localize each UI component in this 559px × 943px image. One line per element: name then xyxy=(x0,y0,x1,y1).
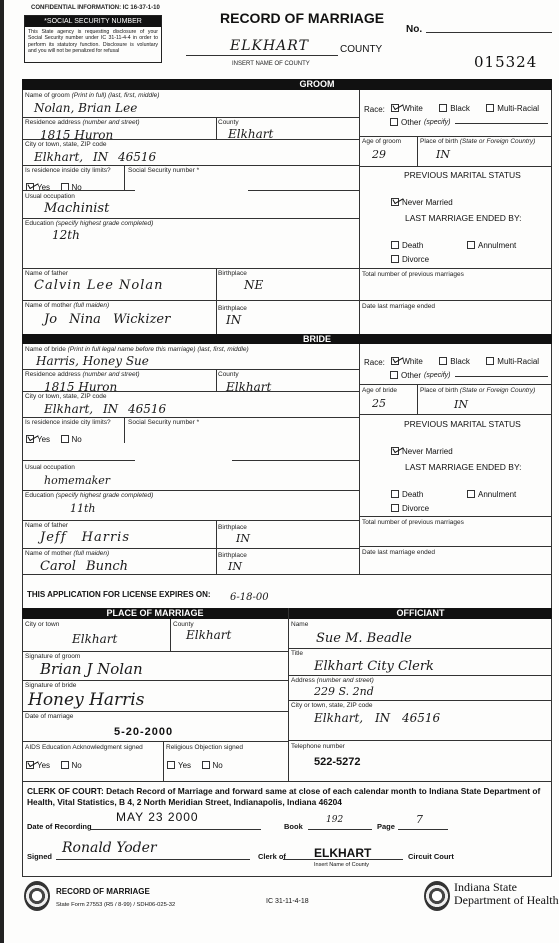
bride-mother-birthplace-field[interactable]: IN xyxy=(228,560,242,573)
divider xyxy=(22,741,288,742)
divider xyxy=(163,741,164,781)
divider xyxy=(359,414,552,415)
religious-objection-no[interactable]: No xyxy=(202,761,223,770)
groom-last-ended-title: LAST MARRIAGE ENDED BY: xyxy=(405,213,522,223)
aids-ack-yes[interactable]: Yes xyxy=(26,761,50,770)
groom-mother-birthplace-label: Birthplace xyxy=(218,305,247,312)
groom-father-field[interactable]: Calvin Lee Nolan xyxy=(34,278,164,293)
divider xyxy=(22,711,288,712)
bride-birthplace-field[interactable]: IN xyxy=(454,398,468,411)
officiant-phone-label: Telephone number xyxy=(291,743,345,750)
groom-mother-birthplace-field[interactable]: IN xyxy=(226,313,241,327)
number-field[interactable] xyxy=(426,32,552,33)
bride-last-ended-title: LAST MARRIAGE ENDED BY: xyxy=(405,462,522,472)
bride-father-label: Name of father xyxy=(25,522,68,529)
health-dept-seal-icon xyxy=(424,881,450,911)
divider xyxy=(359,546,552,547)
divider xyxy=(22,117,359,118)
checkbox-icon xyxy=(61,435,69,443)
groom-mother-label: Name of mother (full maiden) xyxy=(25,302,109,309)
groom-occupation-field[interactable]: Machinist xyxy=(44,201,109,216)
divider xyxy=(124,417,125,443)
underline xyxy=(398,829,448,830)
groom-name-field[interactable]: Nolan, Brian Lee xyxy=(34,101,137,115)
groom-father-birthplace-label: Birthplace xyxy=(218,270,247,277)
divider xyxy=(288,700,552,701)
officiant-name-label: Name xyxy=(291,621,308,628)
bride-marital-status-title: PREVIOUS MARITAL STATUS xyxy=(404,419,521,429)
groom-section-header: GROOM xyxy=(22,79,552,90)
bride-county-label: County xyxy=(218,371,239,378)
groom-ended-divorce[interactable]: Divorce xyxy=(391,250,429,268)
divider xyxy=(22,417,359,418)
aids-ack-label: AIDS Education Acknowledgment signed xyxy=(25,744,143,751)
county-label: COUNTY xyxy=(340,44,382,55)
bride-name-field[interactable]: Harris, Honey Sue xyxy=(36,354,149,368)
checkbox-icon xyxy=(486,357,494,365)
book-label: Book xyxy=(284,822,303,831)
divider xyxy=(22,268,359,269)
bride-occupation-label: Usual occupation xyxy=(25,464,75,471)
checkbox-icon xyxy=(61,761,69,769)
bride-name-label: Name of bride (Print in full legal name … xyxy=(25,346,249,353)
bride-father-birthplace-label: Birthplace xyxy=(218,524,247,531)
divider xyxy=(288,740,552,741)
checkbox-icon xyxy=(202,761,210,769)
checkbox-checked-icon xyxy=(391,357,399,365)
bride-inside-city-yes[interactable]: Yes xyxy=(26,435,50,444)
officiant-title-field[interactable]: Elkhart City Clerk xyxy=(314,659,434,674)
groom-race-white[interactable]: White xyxy=(391,104,422,113)
divider xyxy=(417,384,418,414)
groom-age-field[interactable]: 29 xyxy=(372,148,386,161)
checkbox-icon xyxy=(167,761,175,769)
bride-signature-label: Signature of bride xyxy=(25,682,76,689)
page-field[interactable]: 7 xyxy=(416,813,423,826)
divider xyxy=(216,117,217,139)
divider xyxy=(22,165,359,166)
clerk-signature-field[interactable]: Ronald Yoder xyxy=(62,840,157,856)
bride-race-white[interactable]: White xyxy=(391,357,422,366)
officiant-header: OFFICIANT xyxy=(289,608,552,619)
dept-name-line2: Department of Health xyxy=(454,894,559,907)
ssn-notice-box: *SOCIAL SECURITY NUMBER This State agenc… xyxy=(24,15,162,63)
groom-section-title: GROOM xyxy=(300,79,335,89)
officiant-city-field[interactable]: Elkhart, IN 46516 xyxy=(314,711,440,725)
bride-city-label: City or town, state, ZIP code xyxy=(25,393,107,400)
divider xyxy=(22,548,359,549)
groom-occupation-label: Usual occupation xyxy=(25,193,75,200)
record-number: 015324 xyxy=(474,53,537,71)
groom-inside-city-label: Is residence inside city limits? xyxy=(25,167,111,174)
divider xyxy=(216,369,217,391)
number-label: No. xyxy=(406,24,422,35)
scan-edge xyxy=(0,0,4,943)
groom-race-other-field[interactable] xyxy=(455,123,548,124)
divider xyxy=(216,520,217,574)
groom-address-label: Residence address (number and street) xyxy=(25,119,140,126)
groom-race-multiracial[interactable]: Multi-Racial xyxy=(486,104,539,113)
bride-ended-divorce[interactable]: Divorce xyxy=(391,499,429,517)
checkbox-icon xyxy=(391,490,399,498)
divider xyxy=(22,218,359,219)
bride-ssn-label: Social Security number * xyxy=(128,419,199,426)
groom-ssn-label: Social Security number * xyxy=(128,167,199,174)
groom-signature-label: Signature of groom xyxy=(25,653,80,660)
place-city-field[interactable]: Elkhart xyxy=(72,632,117,646)
divider xyxy=(359,166,552,167)
checkbox-icon xyxy=(439,104,447,112)
divider xyxy=(359,268,552,269)
divider xyxy=(22,781,552,782)
bride-race-multiracial[interactable]: Multi-Racial xyxy=(486,357,539,366)
groom-age-label: Age of groom xyxy=(362,138,401,145)
bride-mother-field[interactable]: Carol Bunch xyxy=(40,559,128,574)
bride-race-other[interactable]: Other(specify) xyxy=(390,366,450,384)
checkbox-icon xyxy=(486,104,494,112)
divider xyxy=(216,268,217,334)
bride-ssn-field[interactable] xyxy=(232,460,359,461)
footer-department: Indiana State Department of Health xyxy=(454,881,559,907)
footer-statute: IC 31-11-4-18 xyxy=(266,898,309,905)
groom-date-last-ended-label: Date last marriage ended xyxy=(362,303,435,310)
groom-race-label: Race: xyxy=(364,105,385,114)
checkbox-icon xyxy=(391,241,399,249)
ssn-notice-text: This State agency is requesting disclosu… xyxy=(25,27,161,57)
bride-inside-city-no[interactable]: No xyxy=(61,435,82,444)
bride-inside-city-label: Is residence inside city limits? xyxy=(25,419,111,426)
divider xyxy=(22,490,359,491)
bride-city-field[interactable]: Elkhart, IN 46516 xyxy=(44,402,166,416)
groom-education-field[interactable]: 12th xyxy=(52,228,80,242)
aids-ack-options: Yes No xyxy=(26,756,82,774)
groom-name-label: Name of groom (Print in full) (last, fir… xyxy=(25,92,159,99)
aids-ack-no[interactable]: No xyxy=(61,761,82,770)
officiant-address-field[interactable]: 229 S. 2nd xyxy=(314,685,374,698)
divider xyxy=(22,139,359,140)
bride-race-other-field[interactable] xyxy=(455,376,548,377)
checkbox-icon xyxy=(467,490,475,498)
divider xyxy=(22,520,359,521)
groom-ended-annulment[interactable]: Annulment xyxy=(467,236,516,254)
religious-objection-label: Religious Objection signed xyxy=(166,744,243,751)
county-field[interactable]: ELKHART xyxy=(186,40,338,56)
divider xyxy=(170,619,171,651)
checkbox-icon xyxy=(439,357,447,365)
book-field[interactable]: 192 xyxy=(326,815,343,825)
divider xyxy=(22,369,359,370)
checkbox-checked-icon xyxy=(26,435,34,443)
officiant-name-field[interactable]: Sue M. Beadle xyxy=(316,631,412,646)
insert-county-label: INSERT NAME OF COUNTY xyxy=(232,61,310,67)
checkbox-icon xyxy=(390,118,398,126)
divider xyxy=(22,680,288,681)
license-expires-field[interactable]: 6-18-00 xyxy=(230,592,269,603)
divider xyxy=(417,136,418,166)
bride-signature-field[interactable]: Honey Harris xyxy=(28,690,144,710)
groom-father-label: Name of father xyxy=(25,270,68,277)
bride-mother-birthplace-label: Birthplace xyxy=(218,552,247,559)
bride-inside-city-options: Yes No xyxy=(26,430,82,448)
divider xyxy=(22,190,135,191)
bride-education-field[interactable]: 11th xyxy=(70,502,96,515)
recording-date-field[interactable]: MAY 23 2000 xyxy=(116,810,199,824)
divider xyxy=(22,574,552,575)
divider xyxy=(359,300,552,301)
bride-column-divider xyxy=(359,344,360,574)
groom-father-birthplace-field[interactable]: NE xyxy=(244,278,263,292)
underline xyxy=(91,829,261,830)
divider xyxy=(22,460,135,461)
religious-objection-yes[interactable]: Yes xyxy=(167,761,191,770)
underline xyxy=(56,859,250,860)
footer-form-number: State Form 27553 (R5 / 8-99) / SDH06-025… xyxy=(56,902,175,908)
footer-form-title: RECORD OF MARRIAGE xyxy=(56,887,150,896)
groom-mother-field[interactable]: Jo Nina Wickizer xyxy=(44,312,170,327)
groom-education-label: Education (specify highest grade complet… xyxy=(25,220,153,227)
bride-birthplace-label: Place of birth (State or Foreign Country… xyxy=(420,387,535,394)
clerk-of-county-field[interactable]: ELKHART xyxy=(314,846,371,860)
form-title: RECORD OF MARRIAGE xyxy=(220,10,384,26)
groom-city-field[interactable]: Elkhart, IN 46516 xyxy=(34,150,156,164)
officiant-address-label: Address (number and street) xyxy=(291,677,374,684)
divider xyxy=(124,165,125,191)
divider xyxy=(288,675,552,676)
bride-section-title: BRIDE xyxy=(303,334,331,344)
bride-race-label: Race: xyxy=(364,358,385,367)
bride-education-label: Education (specify highest grade complet… xyxy=(25,492,153,499)
groom-never-married[interactable]: Never Married xyxy=(391,193,453,211)
place-of-marriage-header: PLACE OF MARRIAGE xyxy=(22,608,288,619)
officiant-title-label: Title xyxy=(291,650,303,657)
divider xyxy=(22,391,359,392)
checkbox-icon xyxy=(391,504,399,512)
groom-birthplace-label: Place of birth (State or Foreign Country… xyxy=(420,138,535,145)
groom-prev-marriages-label: Total number of previous marriages xyxy=(362,271,464,278)
recording-date-label: Date of Recording xyxy=(27,822,92,831)
groom-column-divider xyxy=(359,90,360,334)
circuit-court-label: Circuit Court xyxy=(408,852,454,861)
bride-never-married[interactable]: Never Married xyxy=(391,442,453,460)
bride-address-label: Residence address (number and street) xyxy=(25,371,140,378)
officiant-city-label: City or town, state, ZIP code xyxy=(291,702,373,709)
groom-city-label: City or town, state, ZIP code xyxy=(25,141,107,148)
groom-marital-status-title: PREVIOUS MARITAL STATUS xyxy=(404,170,521,180)
marriage-date-label: Date of marriage xyxy=(25,713,73,720)
religious-objection-options: Yes No xyxy=(167,756,223,774)
bride-prev-marriages-label: Total number of previous marriages xyxy=(362,519,464,526)
bride-father-birthplace-field[interactable]: IN xyxy=(236,532,250,545)
marriage-date-field[interactable]: 5-20-2000 xyxy=(114,726,173,738)
bride-occupation-field[interactable]: homemaker xyxy=(44,474,110,487)
state-seal-icon xyxy=(24,881,50,911)
bride-section-header: BRIDE xyxy=(22,334,552,344)
page-label: Page xyxy=(377,822,395,831)
divider xyxy=(359,384,552,385)
groom-birthplace-field[interactable]: IN xyxy=(436,148,450,161)
clerk-instructions: CLERK OF COURT: Detach Record of Marriag… xyxy=(27,786,547,808)
officiant-phone-field[interactable]: 522-5272 xyxy=(314,756,361,768)
place-county-label: County xyxy=(173,621,194,628)
bride-age-label: Age of bride xyxy=(362,387,397,394)
checkbox-checked-icon xyxy=(391,198,399,206)
clerk-insert-county-label: Insert Name of County xyxy=(314,862,369,868)
confidential-note: CONFIDENTIAL INFORMATION: IC 16-37-1-10 xyxy=(31,5,160,11)
bride-race-black[interactable]: Black xyxy=(439,357,470,366)
place-city-label: City or town xyxy=(25,621,59,628)
marriage-record-page: CONFIDENTIAL INFORMATION: IC 16-37-1-10 … xyxy=(0,0,559,943)
underline xyxy=(308,829,372,830)
bride-age-field[interactable]: 25 xyxy=(372,397,386,410)
groom-signature-field[interactable]: Brian J Nolan xyxy=(40,660,143,678)
divider xyxy=(288,648,552,649)
county-value: ELKHART xyxy=(230,38,309,54)
groom-county-label: County xyxy=(218,119,239,126)
bride-father-field[interactable]: Jeff Harris xyxy=(40,530,130,545)
checkbox-icon xyxy=(390,371,398,379)
place-county-field[interactable]: Elkhart xyxy=(186,628,231,642)
bride-mother-label: Name of mother (full maiden) xyxy=(25,550,109,557)
checkbox-checked-icon xyxy=(391,447,399,455)
divider xyxy=(359,136,552,137)
divider xyxy=(359,516,552,517)
checkbox-icon xyxy=(467,241,475,249)
divider xyxy=(22,300,359,301)
divider xyxy=(22,651,288,652)
divider xyxy=(288,608,289,781)
signed-label: Signed xyxy=(27,852,52,861)
groom-race-other[interactable]: Other(specify) xyxy=(390,113,450,131)
groom-race-black[interactable]: Black xyxy=(439,104,470,113)
ssn-notice-title: *SOCIAL SECURITY NUMBER xyxy=(25,16,161,27)
clerk-of-label: Clerk of xyxy=(258,852,286,861)
license-expires-label: THIS APPLICATION FOR LICENSE EXPIRES ON: xyxy=(27,590,211,599)
checkbox-checked-icon xyxy=(26,761,34,769)
checkbox-checked-icon xyxy=(391,104,399,112)
bride-ended-annulment[interactable]: Annulment xyxy=(467,485,516,503)
bride-date-last-ended-label: Date last marriage ended xyxy=(362,549,435,556)
groom-ssn-field[interactable] xyxy=(248,190,359,191)
checkbox-icon xyxy=(391,255,399,263)
